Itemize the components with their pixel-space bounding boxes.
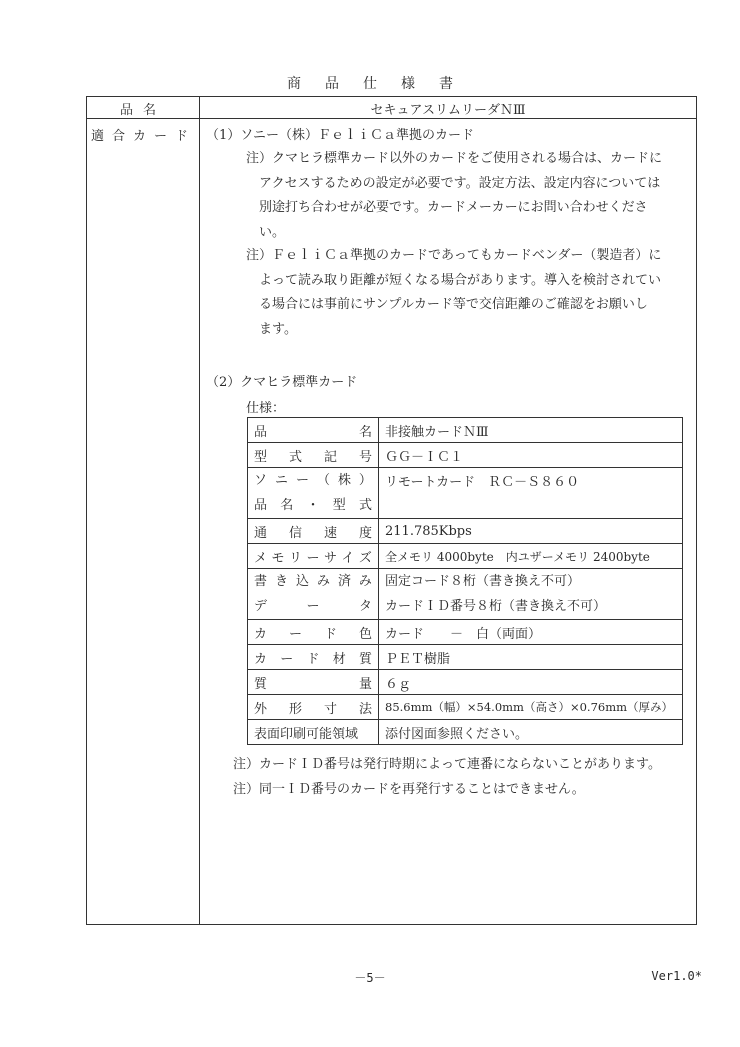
table-row: カード色 カード － 白（両面） (248, 620, 683, 645)
table-row: 外形寸法 85.6mm（幅）×54.0mm（高さ）×0.76mm（厚み） (248, 695, 683, 720)
table-row: 質量 ６ｇ (248, 670, 683, 695)
column-divider (199, 97, 200, 924)
note-line: る場合には事前にサンプルカード等で交信距離のご確認をお願いし (246, 293, 661, 318)
note-line: よって読み取り距離が短くなる場合があります。導入を検討されてい (246, 269, 661, 294)
document-title: 商品仕様書 (0, 73, 740, 93)
note-line: い。 (246, 221, 662, 246)
compatible-card-label: 適合カード (91, 125, 199, 144)
table-row: 品名 非接触カードＮⅢ (248, 418, 683, 443)
card-spec-table: 品名 非接触カードＮⅢ 型式記号 ＧＧ－ＩＣ１ ソニー（株） 品名・型式 リモー… (247, 417, 683, 745)
table-row: 型式記号 ＧＧ－ＩＣ１ (248, 443, 683, 468)
note-line: アクセスするための設定が必要です。設定方法、設定内容については (246, 172, 662, 197)
row-divider (87, 118, 696, 119)
section2-note2: 注）同一ＩＤ番号のカードを再発行することはできません。 (233, 778, 585, 797)
table-row: 書き込み済み データ 固定コード８桁（書き換え不可） カードＩＤ番号８桁（書き換… (248, 569, 683, 620)
section1-heading: （1）ソニー（株）ＦｅｌｉＣａ準拠のカード (206, 124, 474, 143)
note-line: 注）クマヒラ標準カード以外のカードをご使用される場合は、カードに (246, 147, 662, 172)
table-row: 表面印刷可能領域 添付図面参照ください。 (248, 720, 683, 745)
section1-note2: 注）ＦｅｌｉＣａ準拠のカードであってもカードベンダー（製造者）に よって読み取り… (246, 244, 661, 342)
note-line: 別途打ち合わせが必要です。カードメーカーにお問い合わせくださ (246, 196, 662, 221)
version-label: Ver1.0* (651, 969, 702, 983)
note-line: ます。 (246, 318, 661, 343)
note-line: 注）ＦｅｌｉＣａ準拠のカードであってもカードベンダー（製造者）に (246, 244, 661, 269)
product-name-label: 品名 (87, 99, 199, 118)
section2-heading: （2）クマヒラ標準カード (206, 371, 357, 390)
product-name-value: セキュアスリムリーダＮⅢ (200, 99, 696, 118)
section1-note1: 注）クマヒラ標準カード以外のカードをご使用される場合は、カードに アクセスするた… (246, 147, 662, 245)
table-row: ソニー（株） 品名・型式 リモートカード ＲＣ－Ｓ８６０ (248, 468, 683, 519)
page-number: －5－ (0, 969, 740, 986)
table-row: 通信速度 211.785Kbps (248, 519, 683, 544)
table-row: メモリーサイズ 全メモリ 4000byte 内ユザーメモリ 2400byte (248, 544, 683, 569)
section2-note1: 注）カードＩＤ番号は発行時期によって連番にならないことがあります。 (233, 753, 661, 772)
spec-table: 品名 セキュアスリムリーダＮⅢ 適合カード （1）ソニー（株）ＦｅｌｉＣａ準拠の… (86, 96, 697, 925)
spec-label: 仕様： (246, 397, 285, 416)
table-row: カード材質 ＰＥＴ樹脂 (248, 645, 683, 670)
